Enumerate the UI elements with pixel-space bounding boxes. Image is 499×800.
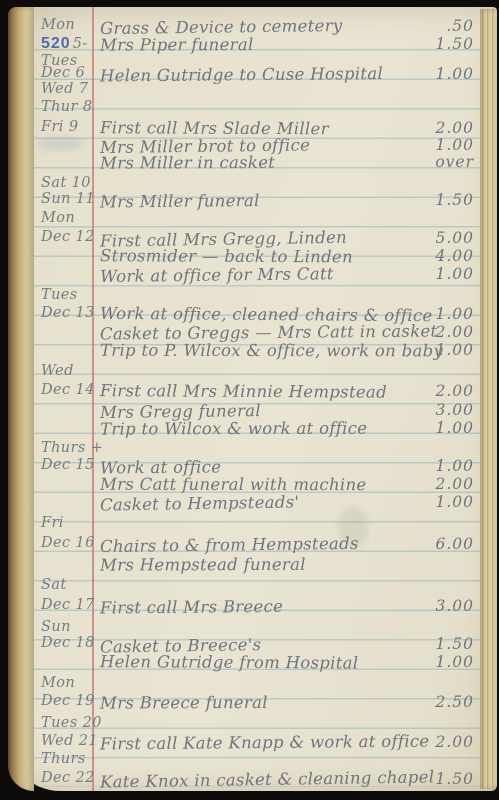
row-day-label: Dec 18 bbox=[41, 635, 91, 651]
row-description bbox=[100, 619, 430, 620]
row-day-label: Wed 21 bbox=[41, 733, 91, 749]
row-amount: 6.00 bbox=[406, 535, 474, 553]
row-description: First call Mrs Breece bbox=[100, 596, 430, 618]
row-amount: .50 bbox=[406, 17, 474, 35]
ledger-row: Helen Gutridge from Hospital1.00 bbox=[8, 653, 499, 677]
scanned-ledger-photo: MonGrass & Device to cemetery.505205-Mrs… bbox=[0, 0, 499, 800]
row-description bbox=[100, 81, 430, 82]
row-description: Mrs Hempstead funeral bbox=[100, 554, 430, 574]
ledger-row: Casket to Hempsteads'1.00 bbox=[8, 493, 499, 517]
ledger-row: Dec 22Kate Knox in casket & cleaning cha… bbox=[8, 770, 499, 794]
row-description: Mrs Piper funeral bbox=[100, 34, 430, 54]
row-day-label: 5205- bbox=[41, 35, 91, 53]
row-day-label: Dec 19 bbox=[41, 693, 91, 709]
row-day-label: Dec 13 bbox=[41, 305, 91, 321]
row-description bbox=[100, 751, 430, 752]
row-amount: 1.50 bbox=[406, 191, 474, 209]
ledger-row: Dec 19Mrs Breece funeral2.50 bbox=[8, 693, 499, 717]
row-description bbox=[100, 514, 430, 516]
ledger-row: Trip to P. Wilcox & office, work on baby… bbox=[8, 341, 499, 365]
row-day-label: Mon bbox=[41, 17, 91, 33]
row-day-label: Sun 11 bbox=[41, 191, 91, 207]
row-amount: over bbox=[406, 153, 474, 171]
row-day-label: Dec 17 bbox=[41, 597, 91, 613]
row-day-label: Wed bbox=[41, 363, 91, 379]
row-day-label: Dec 6 bbox=[41, 65, 91, 81]
row-day-label: Fri bbox=[41, 515, 91, 531]
row-amount: 1.00 bbox=[406, 305, 474, 323]
ledger-row: Mrs Hempstead funeral bbox=[8, 555, 499, 579]
row-amount: 2.00 bbox=[406, 382, 474, 400]
row-day-label: Fri 9 bbox=[41, 119, 91, 135]
ledger-row: Dec 17First call Mrs Breece3.00 bbox=[8, 597, 499, 621]
row-amount: 1.00 bbox=[406, 265, 474, 283]
row-amount: 1.50 bbox=[406, 35, 474, 53]
row-amount: 1.50 bbox=[406, 770, 474, 788]
row-description bbox=[100, 714, 430, 716]
row-amount: 1.00 bbox=[406, 419, 474, 437]
row-description: Mrs Miller funeral bbox=[100, 190, 430, 212]
row-day-label: Thurs + bbox=[41, 440, 91, 456]
row-amount: 2.00 bbox=[406, 733, 474, 751]
row-amount: 1.00 bbox=[406, 341, 474, 359]
row-day-label: Dec 12 bbox=[41, 229, 91, 245]
row-description: Trip to Wilcox & work at office bbox=[100, 418, 430, 438]
row-amount: 3.00 bbox=[406, 401, 474, 419]
row-day-label: Sun bbox=[41, 619, 91, 635]
row-description: Kate Knox in casket & cleaning chapel bbox=[100, 767, 430, 791]
row-day-label: Dec 22 bbox=[41, 770, 91, 786]
row-day-label: Dec 15 bbox=[41, 457, 91, 473]
row-amount: 1.00 bbox=[406, 493, 474, 511]
ledger-page: MonGrass & Device to cemetery.505205-Mrs… bbox=[8, 7, 497, 791]
page-number-stamp: 520 bbox=[41, 35, 71, 52]
row-day-label: Sat bbox=[41, 577, 91, 593]
row-day-label: Tues bbox=[41, 287, 91, 303]
row-description bbox=[100, 439, 430, 441]
row-day-label: Thur 8 bbox=[41, 99, 91, 115]
row-day-label: Wed 7 bbox=[41, 81, 91, 97]
row-description: Chairs to & from Hempsteads bbox=[100, 533, 430, 556]
row-amount: 3.00 bbox=[406, 597, 474, 615]
row-amount: 1.00 bbox=[406, 457, 474, 475]
row-description bbox=[100, 174, 430, 176]
ledger-row: Mrs Miller in casketover bbox=[8, 153, 499, 177]
row-amount: 1.00 bbox=[406, 653, 474, 671]
row-amount: 1.50 bbox=[406, 635, 474, 653]
row-description bbox=[100, 286, 430, 287]
row-day-label: Mon bbox=[41, 210, 91, 226]
row-amount: 2.00 bbox=[406, 323, 474, 341]
row-day-label: Thurs bbox=[41, 751, 91, 767]
row-description bbox=[100, 576, 430, 578]
row-amount: 5.00 bbox=[406, 229, 474, 247]
row-day-label: Sat 10 bbox=[41, 175, 91, 191]
row-description bbox=[100, 210, 430, 211]
row-description bbox=[100, 52, 430, 54]
row-amount: 2.50 bbox=[406, 693, 474, 711]
row-day-label: Dec 16 bbox=[41, 535, 91, 551]
row-day-label: Tues 20 bbox=[41, 715, 91, 731]
row-description: Casket to Hempsteads' bbox=[100, 490, 430, 514]
row-day-label: Dec 14 bbox=[41, 382, 91, 398]
row-description: Helen Gutridge from Hospital bbox=[100, 652, 430, 673]
row-amount: 1.00 bbox=[406, 136, 474, 154]
row-description: Mrs Miller in casket bbox=[100, 152, 430, 172]
row-day-label: Mon bbox=[41, 675, 91, 691]
row-description: Trip to P. Wilcox & office, work on baby bbox=[100, 341, 430, 361]
ledger-row: Work at office for Mrs Catt1.00 bbox=[8, 265, 499, 289]
row-description: Work at office for Mrs Catt bbox=[100, 263, 430, 286]
row-description: Mrs Breece funeral bbox=[100, 692, 430, 712]
